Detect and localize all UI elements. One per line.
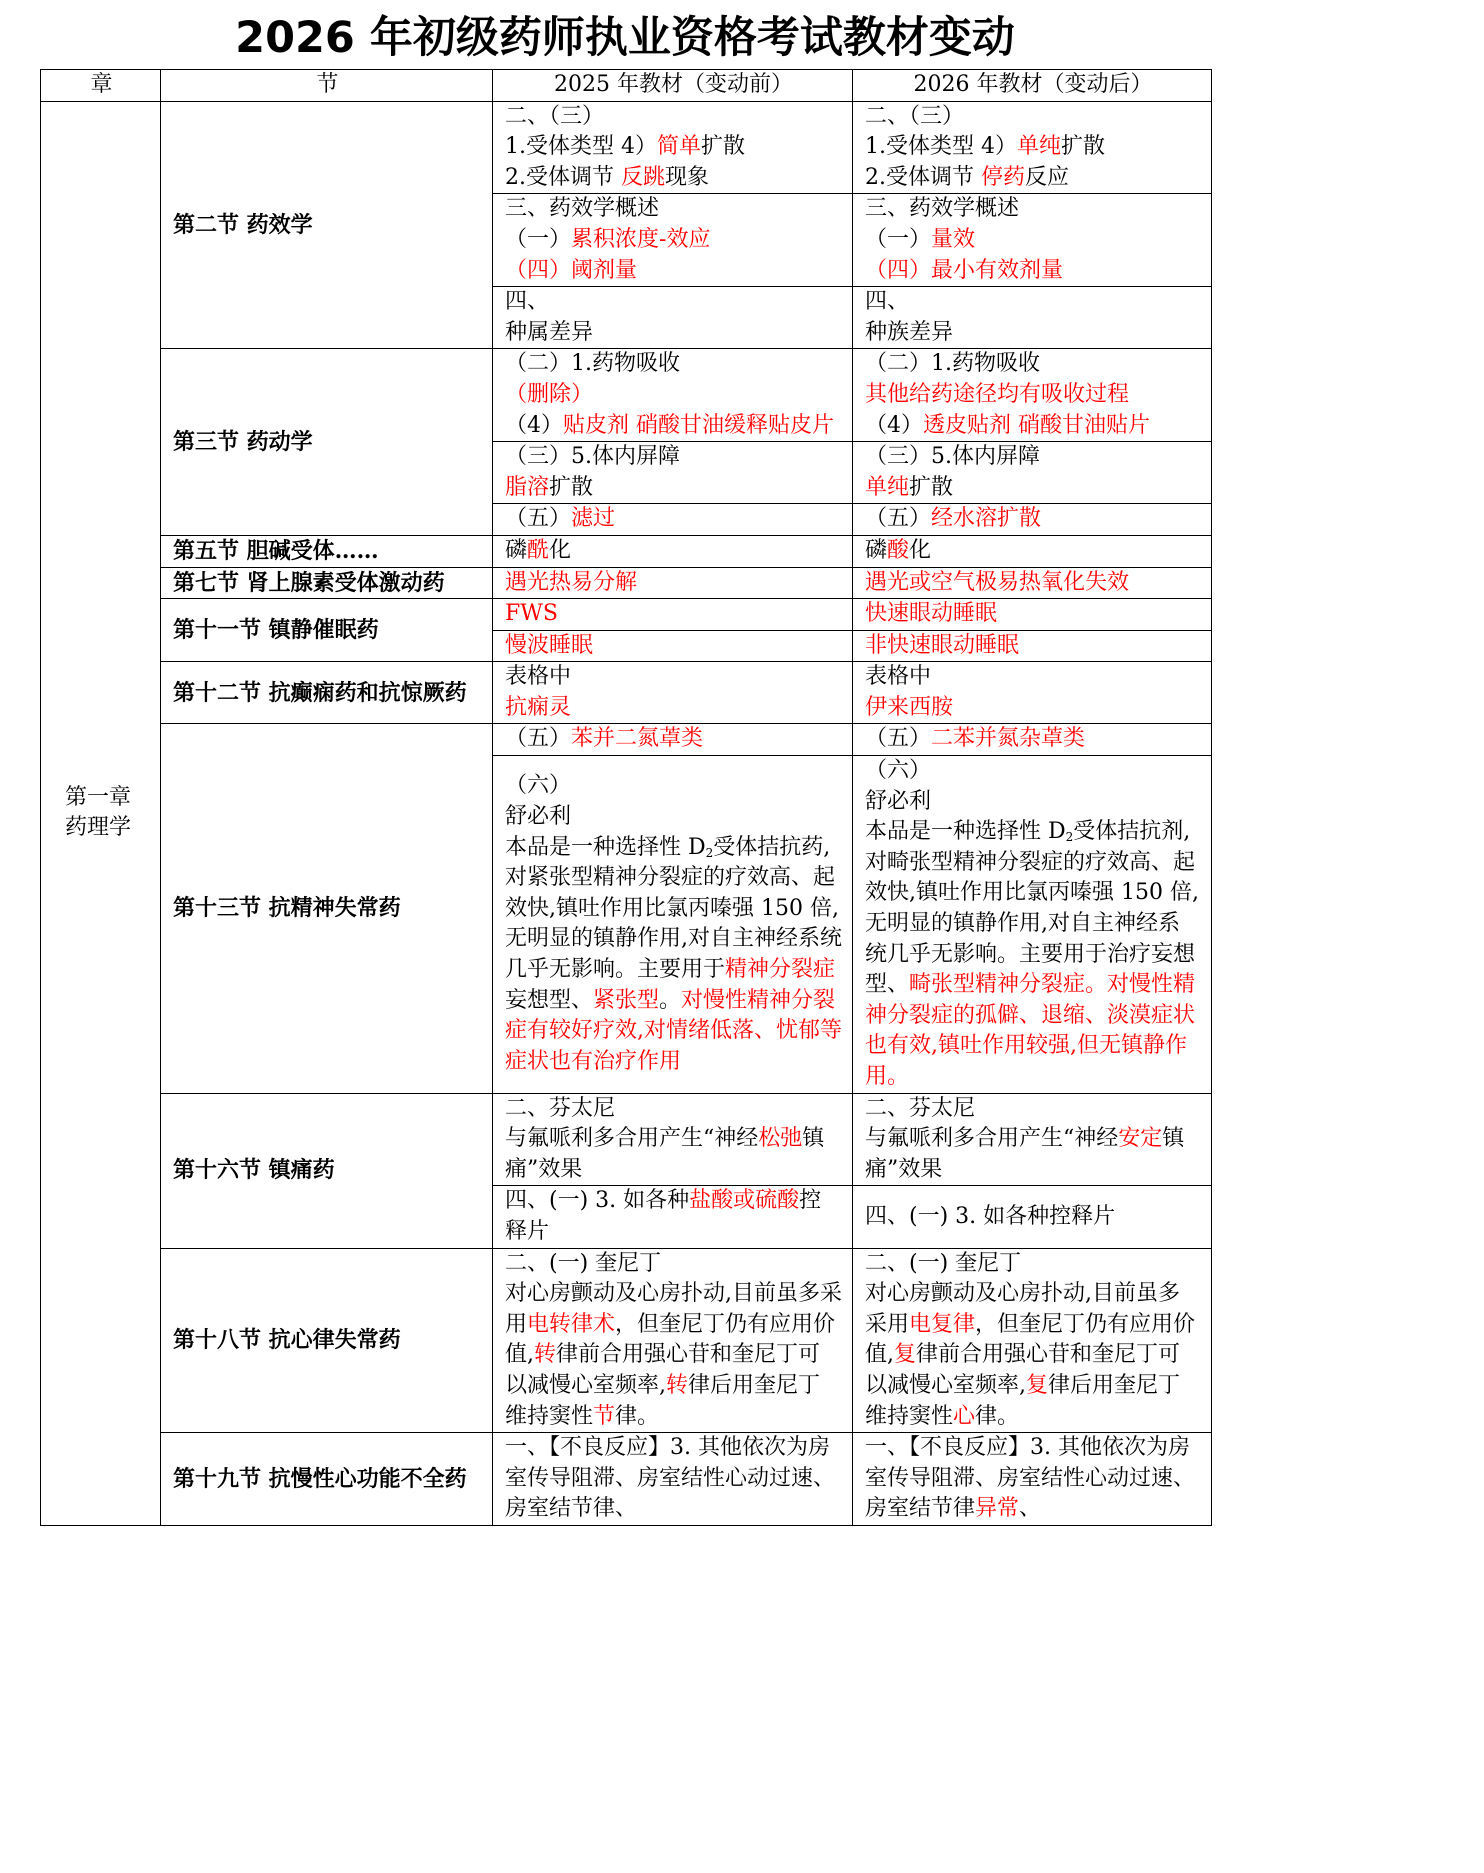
text-segment: 本品是一种选择性 D <box>505 835 706 860</box>
text-segment: 四、(一) 3. 如各种控释片 <box>865 1204 1115 1229</box>
cell-line: 四、(一) 3. 如各种控释片 <box>865 1202 1201 1233</box>
chapter-label: 第一章 <box>65 783 150 814</box>
table-row: 第十二节 抗癫痫药和抗惊厥药表格中抗痫灵表格中伊来西胺 <box>41 662 1212 724</box>
changed-text: 遇光热易分解 <box>505 570 637 595</box>
text-segment: 2.受体调节 <box>505 165 621 190</box>
changed-text: （删除） <box>505 382 593 407</box>
text-segment: 本品是一种选择性 D <box>865 819 1066 844</box>
cell-line: 遇光热易分解 <box>505 568 842 599</box>
cell-line: （删除） <box>505 380 842 411</box>
after-2026-cell: 二、（三）1.受体类型 4）单纯扩散2.受体调节 停药反应 <box>853 101 1212 194</box>
text-segment: （六） <box>505 773 571 798</box>
text-segment: 受体拮抗剂,对畸张型精神分裂症的疗效高、起效快,镇吐作用比氯丙嗪强 150 倍,… <box>865 819 1199 997</box>
text-segment: 四、 <box>865 289 909 314</box>
changed-text: 酰 <box>527 538 549 563</box>
text-segment: 化 <box>909 538 931 563</box>
cell-line: 2.受体调节 反跳现象 <box>505 163 842 194</box>
cell-line: 二、（三） <box>505 102 842 133</box>
changed-text: 电复律 <box>909 1312 975 1337</box>
text-segment: 1.受体类型 4） <box>505 134 657 159</box>
text-segment: 扩散 <box>909 475 953 500</box>
cell-line: 磷酸化 <box>865 536 1201 567</box>
changed-text: 转 <box>534 1342 556 1367</box>
header-section: 节 <box>161 70 493 102</box>
changes-table: 章 节 2025 年教材（变动前） 2026 年教材（变动后） 第一章药理学第二… <box>40 69 1212 1526</box>
text-segment: 扩散 <box>701 134 745 159</box>
before-2025-cell: （二）1.药物吸收（删除）（4）贴皮剂 硝酸甘油缓释贴皮片 <box>493 349 853 442</box>
text-segment: 二、(一) 奎尼丁 <box>865 1251 1021 1276</box>
cell-line: 种属差异 <box>505 318 842 349</box>
cell-line: （二）1.药物吸收 <box>505 349 842 380</box>
text-segment: 二、（三） <box>505 104 604 129</box>
changed-text: 伊来西胺 <box>865 695 953 720</box>
text-segment: 种属差异 <box>505 320 593 345</box>
table-row: 第七节 肾上腺素受体激动药遇光热易分解遇光或空气极易热氧化失效 <box>41 567 1212 599</box>
cell-line: 1.受体类型 4）简单扩散 <box>505 132 842 163</box>
text-segment: 现象 <box>665 165 709 190</box>
before-2025-cell: 三、药效学概述（一）累积浓度-效应（四）阈剂量 <box>493 194 853 287</box>
changed-text: 遇光或空气极易热氧化失效 <box>865 570 1129 595</box>
before-2025-cell: 四、种属差异 <box>493 287 853 349</box>
cell-line: 四、(一) 3. 如各种盐酸或硫酸控释片 <box>505 1186 842 1247</box>
changed-text: 苯并二氮䓬类 <box>571 726 703 751</box>
after-2026-cell: （五）二苯并氮杂䓬类 <box>853 724 1212 756</box>
cell-line: 对心房颤动及心房扑动,目前虽多采用电复律，但奎尼丁仍有应用价值,复律前合用强心苷… <box>865 1279 1201 1432</box>
changed-text: （四）阈剂量 <box>505 258 637 283</box>
changed-text: 转 <box>666 1373 688 1398</box>
text-segment: （五） <box>865 726 931 751</box>
text-segment: 与氟哌利多合用产生“神经 <box>505 1126 758 1151</box>
text-segment: 二、(一) 奎尼丁 <box>505 1251 661 1276</box>
changed-text: 抗痫灵 <box>505 695 571 720</box>
cell-line: （三）5.体内屏障 <box>865 442 1201 473</box>
text-segment: 磷 <box>865 538 887 563</box>
after-2026-cell: 表格中伊来西胺 <box>853 662 1212 724</box>
cell-line: （三）5.体内屏障 <box>505 442 842 473</box>
text-segment: （4） <box>505 413 563 438</box>
cell-line: （一）量效 <box>865 225 1201 256</box>
changed-text: 酸 <box>887 538 909 563</box>
chapter-cell: 第一章药理学 <box>41 101 161 1525</box>
changed-text: 慢波睡眠 <box>505 633 593 658</box>
cell-line: （4）透皮贴剂 硝酸甘油贴片 <box>865 411 1201 442</box>
table-row: 第十三节 抗精神失常药（五）苯并二氮䓬类（五）二苯并氮杂䓬类 <box>41 724 1212 756</box>
changed-text: 紧张型 <box>593 988 659 1013</box>
changed-text: 电转律术 <box>527 1312 615 1337</box>
text-segment: 扩散 <box>1061 134 1105 159</box>
after-2026-cell: （五）经水溶扩散 <box>853 504 1212 536</box>
text-segment: 磷 <box>505 538 527 563</box>
cell-line: 三、药效学概述 <box>865 194 1201 225</box>
table-row: 第三节 药动学（二）1.药物吸收（删除）（4）贴皮剂 硝酸甘油缓释贴皮片（二）1… <box>41 349 1212 442</box>
table-row: 第十六节 镇痛药二、芬太尼与氟哌利多合用产生“神经松弛镇痛”效果二、芬太尼与氟哌… <box>41 1093 1212 1186</box>
after-2026-cell: （三）5.体内屏障单纯扩散 <box>853 442 1212 504</box>
after-2026-cell: 二、芬太尼与氟哌利多合用产生“神经安定镇痛”效果 <box>853 1093 1212 1186</box>
after-2026-cell: （六）舒必利本品是一种选择性 D2受体拮抗剂,对畸张型精神分裂症的疗效高、起效快… <box>853 756 1212 1094</box>
text-segment: 扩散 <box>549 475 593 500</box>
text-segment: 表格中 <box>865 664 931 689</box>
cell-line: 磷酰化 <box>505 536 842 567</box>
text-segment: （一） <box>505 227 571 252</box>
cell-line: （五）二苯并氮杂䓬类 <box>865 724 1201 755</box>
text-segment: 一、【不良反应】3. 其他依次为房室传导阻滞、房室结性心动过速、房室结节律、 <box>505 1435 835 1521</box>
cell-line: 二、芬太尼 <box>865 1094 1201 1125</box>
cell-line: 本品是一种选择性 D2受体拮抗剂,对畸张型精神分裂症的疗效高、起效快,镇吐作用比… <box>865 817 1201 1092</box>
section-cell: 第二节 药效学 <box>161 101 493 349</box>
text-segment: 三、药效学概述 <box>865 196 1019 221</box>
text-segment: 二、（三） <box>865 104 964 129</box>
changed-text: 复 <box>894 1342 916 1367</box>
text-segment: 三、药效学概述 <box>505 196 659 221</box>
cell-line: 与氟哌利多合用产生“神经安定镇痛”效果 <box>865 1124 1201 1185</box>
changed-text: 复 <box>1026 1373 1048 1398</box>
text-segment: 种族差异 <box>865 320 953 345</box>
text-segment: 1.受体类型 4） <box>865 134 1017 159</box>
changed-text: 安定 <box>1118 1126 1162 1151</box>
text-segment: 妄想型、 <box>505 988 593 1013</box>
text-segment: （二）1.药物吸收 <box>865 351 1040 376</box>
cell-line: 抗痫灵 <box>505 693 842 724</box>
text-segment: 、 <box>1019 1496 1041 1521</box>
text-segment: （五） <box>865 506 931 531</box>
cell-line: 快速眼动睡眠 <box>865 599 1201 630</box>
before-2025-cell: FWS <box>493 599 853 631</box>
after-2026-cell: 三、药效学概述（一）量效（四）最小有效剂量 <box>853 194 1212 287</box>
changed-text: 累积浓度-效应 <box>571 227 710 252</box>
cell-line: （五）滤过 <box>505 504 842 535</box>
text-segment: 与氟哌利多合用产生“神经 <box>865 1126 1118 1151</box>
cell-line: 表格中 <box>865 662 1201 693</box>
text-segment: （五） <box>505 726 571 751</box>
changed-text: 节 <box>593 1404 615 1429</box>
cell-line: 四、 <box>865 287 1201 318</box>
section-cell: 第十九节 抗慢性心功能不全药 <box>161 1433 493 1526</box>
cell-line: 与氟哌利多合用产生“神经松弛镇痛”效果 <box>505 1124 842 1185</box>
cell-line: 脂溶扩散 <box>505 473 842 504</box>
table-row: 第五节 胆碱受体……磷酰化磷酸化 <box>41 535 1212 567</box>
cell-line: （四）最小有效剂量 <box>865 256 1201 287</box>
changed-text: 非快速眼动睡眠 <box>865 633 1019 658</box>
text-segment: 四、 <box>505 289 549 314</box>
after-2026-cell: 四、种族差异 <box>853 287 1212 349</box>
cell-line: （四）阈剂量 <box>505 256 842 287</box>
cell-line: 慢波睡眠 <box>505 631 842 662</box>
changed-text: 盐酸或硫酸 <box>689 1188 799 1213</box>
text-segment: 化 <box>549 538 571 563</box>
cell-line: 四、 <box>505 287 842 318</box>
cell-line: 表格中 <box>505 662 842 693</box>
text-segment: （三）5.体内屏障 <box>505 444 680 469</box>
changed-text: 二苯并氮杂䓬类 <box>931 726 1085 751</box>
text-segment: 表格中 <box>505 664 571 689</box>
changed-text: 快速眼动睡眠 <box>865 601 997 626</box>
text-segment: 2.受体调节 <box>865 165 981 190</box>
cell-line: 伊来西胺 <box>865 693 1201 724</box>
text-segment: （4） <box>865 413 923 438</box>
table-row: 第十一节 镇静催眠药FWS快速眼动睡眠 <box>41 599 1212 631</box>
changed-text: 精神分裂症 <box>725 957 835 982</box>
before-2025-cell: 磷酰化 <box>493 535 853 567</box>
text-segment: 四、(一) 3. 如各种 <box>505 1188 689 1213</box>
section-cell: 第十三节 抗精神失常药 <box>161 724 493 1093</box>
changed-text: 贴皮剂 硝酸甘油缓释贴皮片 <box>563 413 834 438</box>
text-segment: 律。 <box>615 1404 659 1429</box>
cell-line: 一、【不良反应】3. 其他依次为房室传导阻滞、房室结性心动过速、房室结节律异常、 <box>865 1433 1201 1525</box>
cell-line: （五）经水溶扩散 <box>865 504 1201 535</box>
after-2026-cell: 一、【不良反应】3. 其他依次为房室传导阻滞、房室结性心动过速、房室结节律异常、 <box>853 1433 1212 1526</box>
cell-line: 对心房颤动及心房扑动,目前虽多采用电转律术，但奎尼丁仍有应用价值,转律前合用强心… <box>505 1279 842 1432</box>
before-2025-cell: 一、【不良反应】3. 其他依次为房室传导阻滞、房室结性心动过速、房室结节律、 <box>493 1433 853 1526</box>
before-2025-cell: 遇光热易分解 <box>493 567 853 599</box>
cell-line: 1.受体类型 4）单纯扩散 <box>865 132 1201 163</box>
cell-line: 单纯扩散 <box>865 473 1201 504</box>
before-2025-cell: （五）苯并二氮䓬类 <box>493 724 853 756</box>
table-row: 第一章药理学第二节 药效学二、（三）1.受体类型 4）简单扩散2.受体调节 反跳… <box>41 101 1212 194</box>
text-segment: （六） <box>865 758 931 783</box>
changed-text: 停药 <box>981 165 1025 190</box>
after-2026-cell: 快速眼动睡眠 <box>853 599 1212 631</box>
changed-text: 单纯 <box>1017 134 1061 159</box>
text-segment: （三）5.体内屏障 <box>865 444 1040 469</box>
cell-line: FWS <box>505 599 842 630</box>
cell-line: （一）累积浓度-效应 <box>505 225 842 256</box>
before-2025-cell: （五）滤过 <box>493 504 853 536</box>
changed-text: FWS <box>505 601 558 626</box>
text-segment: 舒必利 <box>505 804 571 829</box>
changed-text: 透皮贴剂 硝酸甘油贴片 <box>923 413 1150 438</box>
section-cell: 第十二节 抗癫痫药和抗惊厥药 <box>161 662 493 724</box>
table-header-row: 章 节 2025 年教材（变动前） 2026 年教材（变动后） <box>41 70 1212 102</box>
changed-text: 滤过 <box>571 506 615 531</box>
changed-text: 脂溶 <box>505 475 549 500</box>
cell-line: 三、药效学概述 <box>505 194 842 225</box>
before-2025-cell: 二、(一) 奎尼丁对心房颤动及心房扑动,目前虽多采用电转律术，但奎尼丁仍有应用价… <box>493 1248 853 1433</box>
changed-text: 其他给药途径均有吸收过程 <box>865 382 1129 407</box>
cell-line: 种族差异 <box>865 318 1201 349</box>
changed-text: 量效 <box>931 227 975 252</box>
after-2026-cell: （二）1.药物吸收其他给药途径均有吸收过程（4）透皮贴剂 硝酸甘油贴片 <box>853 349 1212 442</box>
before-2025-cell: 慢波睡眠 <box>493 630 853 662</box>
text-segment: 律。 <box>975 1404 1019 1429</box>
cell-line: 本品是一种选择性 D2受体拮抗药,对紧张型精神分裂症的疗效高、起效快,镇吐作用比… <box>505 833 842 1078</box>
section-cell: 第七节 肾上腺素受体激动药 <box>161 567 493 599</box>
before-2025-cell: 四、(一) 3. 如各种盐酸或硫酸控释片 <box>493 1186 853 1248</box>
changed-text: 心 <box>953 1404 975 1429</box>
changed-text: 单纯 <box>865 475 909 500</box>
changed-text: 异常 <box>975 1496 1019 1521</box>
cell-line: 二、(一) 奎尼丁 <box>505 1249 842 1280</box>
section-cell: 第十六节 镇痛药 <box>161 1093 493 1248</box>
text-segment: （二）1.药物吸收 <box>505 351 680 376</box>
before-2025-cell: 二、（三）1.受体类型 4）简单扩散2.受体调节 反跳现象 <box>493 101 853 194</box>
changed-text: 反跳 <box>621 165 665 190</box>
cell-line: 舒必利 <box>505 802 842 833</box>
table-row: 第十九节 抗慢性心功能不全药一、【不良反应】3. 其他依次为房室传导阻滞、房室结… <box>41 1433 1212 1526</box>
text-segment: （五） <box>505 506 571 531</box>
cell-line: （二）1.药物吸收 <box>865 349 1201 380</box>
before-2025-cell: 表格中抗痫灵 <box>493 662 853 724</box>
cell-line: 舒必利 <box>865 787 1201 818</box>
text-segment: （一） <box>865 227 931 252</box>
changed-text: 简单 <box>657 134 701 159</box>
changed-text: 松弛 <box>758 1126 802 1151</box>
after-2026-cell: 磷酸化 <box>853 535 1212 567</box>
cell-line: （六） <box>865 756 1201 787</box>
section-cell: 第五节 胆碱受体…… <box>161 535 493 567</box>
page-title: 2026 年初级药师执业资格考试教材变动 <box>0 8 1250 68</box>
after-2026-cell: 非快速眼动睡眠 <box>853 630 1212 662</box>
after-2026-cell: 四、(一) 3. 如各种控释片 <box>853 1186 1212 1248</box>
header-chapter: 章 <box>41 70 161 102</box>
changed-text: （四）最小有效剂量 <box>865 258 1063 283</box>
cell-line: 二、（三） <box>865 102 1201 133</box>
text-segment: 。 <box>659 988 681 1013</box>
text-segment: 舒必利 <box>865 789 931 814</box>
cell-line: 一、【不良反应】3. 其他依次为房室传导阻滞、房室结性心动过速、房室结节律、 <box>505 1433 842 1525</box>
cell-line: （五）苯并二氮䓬类 <box>505 724 842 755</box>
table-body: 第一章药理学第二节 药效学二、（三）1.受体类型 4）简单扩散2.受体调节 反跳… <box>41 101 1212 1525</box>
text-segment: 二、芬太尼 <box>865 1096 975 1121</box>
cell-line: 二、(一) 奎尼丁 <box>865 1249 1201 1280</box>
cell-line: 非快速眼动睡眠 <box>865 631 1201 662</box>
before-2025-cell: （三）5.体内屏障脂溶扩散 <box>493 442 853 504</box>
cell-line: 遇光或空气极易热氧化失效 <box>865 568 1201 599</box>
cell-line: （4）贴皮剂 硝酸甘油缓释贴皮片 <box>505 411 842 442</box>
text-segment: 反应 <box>1025 165 1069 190</box>
header-2025: 2025 年教材（变动前） <box>493 70 853 102</box>
chapter-label: 药理学 <box>65 813 150 844</box>
cell-line: 其他给药途径均有吸收过程 <box>865 380 1201 411</box>
section-cell: 第十一节 镇静催眠药 <box>161 599 493 662</box>
cell-line: （六） <box>505 771 842 802</box>
cell-line: 2.受体调节 停药反应 <box>865 163 1201 194</box>
changed-text: 经水溶扩散 <box>931 506 1041 531</box>
after-2026-cell: 二、(一) 奎尼丁对心房颤动及心房扑动,目前虽多采用电复律，但奎尼丁仍有应用价值… <box>853 1248 1212 1433</box>
changed-text: 畸张型精神分裂症。对慢性精神分裂症的孤僻、退缩、淡漠症状也有效,镇吐作用较强,但… <box>865 972 1195 1089</box>
cell-line: 二、芬太尼 <box>505 1094 842 1125</box>
before-2025-cell: 二、芬太尼与氟哌利多合用产生“神经松弛镇痛”效果 <box>493 1093 853 1186</box>
text-segment: 二、芬太尼 <box>505 1096 615 1121</box>
before-2025-cell: （六）舒必利本品是一种选择性 D2受体拮抗药,对紧张型精神分裂症的疗效高、起效快… <box>493 756 853 1094</box>
after-2026-cell: 遇光或空气极易热氧化失效 <box>853 567 1212 599</box>
table-row: 第十八节 抗心律失常药二、(一) 奎尼丁对心房颤动及心房扑动,目前虽多采用电转律… <box>41 1248 1212 1433</box>
header-2026: 2026 年教材（变动后） <box>853 70 1212 102</box>
section-cell: 第十八节 抗心律失常药 <box>161 1248 493 1433</box>
section-cell: 第三节 药动学 <box>161 349 493 536</box>
